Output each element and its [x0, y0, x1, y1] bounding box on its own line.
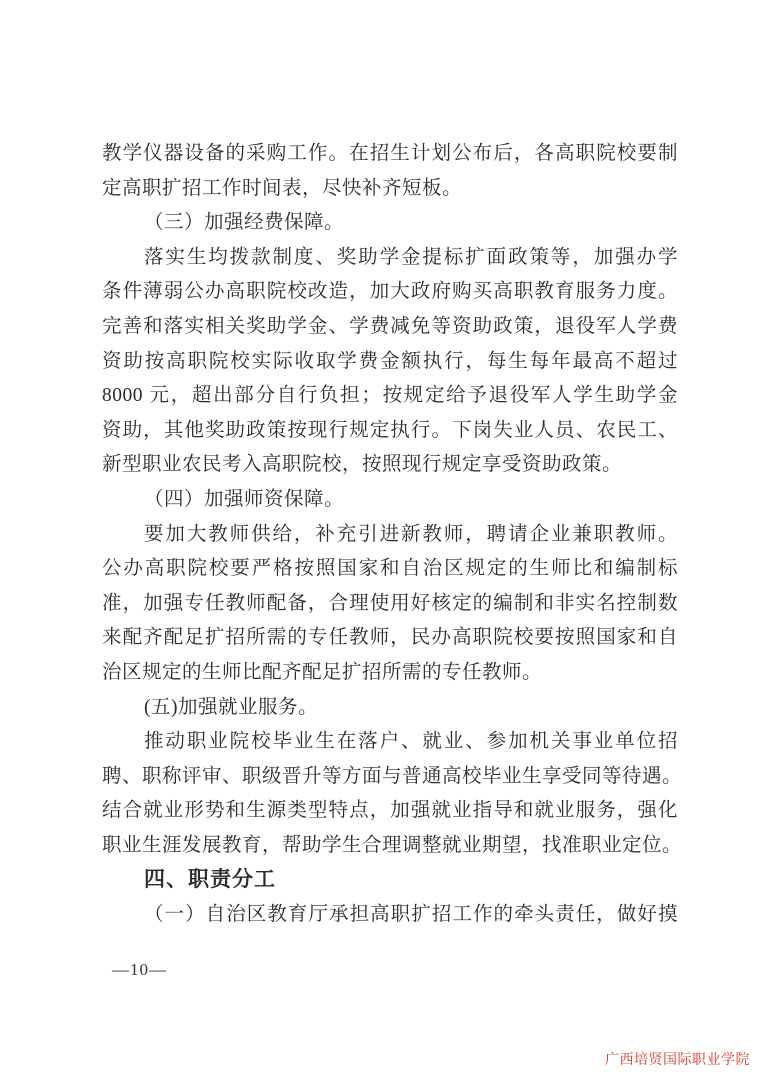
text-line: 治区规定的生师比配齐配足扩招所需的专任教师。: [102, 656, 678, 691]
text-line: 来配齐配足扩招所需的专任教师，民办高职院校要按照国家和自: [102, 621, 678, 656]
text-line: 结合就业形势和生源类型特点，加强就业指导和就业服务，强化: [102, 794, 678, 829]
text-line: 教学仪器设备的采购工作。在招生计划公布后，各高职院校要制: [102, 137, 678, 172]
document-page: 教学仪器设备的采购工作。在招生计划公布后，各高职院校要制定高职扩招工作时间表，尽…: [0, 0, 764, 1080]
watermark-school-name: 广西培贤国际职业学院: [605, 1049, 750, 1069]
text-line: 聘、职称评审、职级晋升等方面与普通高校毕业生享受同等待遇。: [102, 760, 678, 795]
text-line: （一）自治区教育厅承担高职扩招工作的牵头责任，做好摸: [102, 898, 678, 933]
text-line: 要加大教师供给，补充引进新教师，聘请企业兼职教师。: [102, 518, 678, 553]
text-line: （四）加强师资保障。: [102, 483, 678, 518]
page-number: —10—: [112, 960, 167, 980]
text-line: 推动职业院校毕业生在落户、就业、参加机关事业单位招: [102, 725, 678, 760]
text-line: (五)加强就业服务。: [102, 691, 678, 726]
text-line: 定高职扩招工作时间表，尽快补齐短板。: [102, 172, 678, 207]
text-line: 资助按高职院校实际收取学费金额执行，每生每年最高不超过: [102, 345, 678, 380]
text-line: 完善和落实相关奖助学金、学费减免等资助政策，退役军人学费: [102, 310, 678, 345]
text-line: 条件薄弱公办高职院校改造，加大政府购买高职教育服务力度。: [102, 275, 678, 310]
text-line: （三）加强经费保障。: [102, 206, 678, 241]
text-line: 公办高职院校要严格按照国家和自治区规定的生师比和编制标: [102, 552, 678, 587]
text-line: 准，加强专任教师配备，合理使用好核定的编制和非实名控制数: [102, 587, 678, 622]
text-line: 资助，其他奖助政策按现行规定执行。下岗失业人员、农民工、: [102, 414, 678, 449]
text-line: 落实生均拨款制度、奖助学金提标扩面政策等，加强办学: [102, 241, 678, 276]
section-heading: 四、职责分工: [102, 863, 678, 898]
text-line: 职业生涯发展教育，帮助学生合理调整就业期望，找准职业定位。: [102, 829, 678, 864]
text-line: 新型职业农民考入高职院校，按照现行规定享受资助政策。: [102, 448, 678, 483]
text-line: 8000 元，超出部分自行负担；按规定给予退役军人学生助学金: [102, 379, 678, 414]
document-body: 教学仪器设备的采购工作。在招生计划公布后，各高职院校要制定高职扩招工作时间表，尽…: [102, 137, 678, 933]
